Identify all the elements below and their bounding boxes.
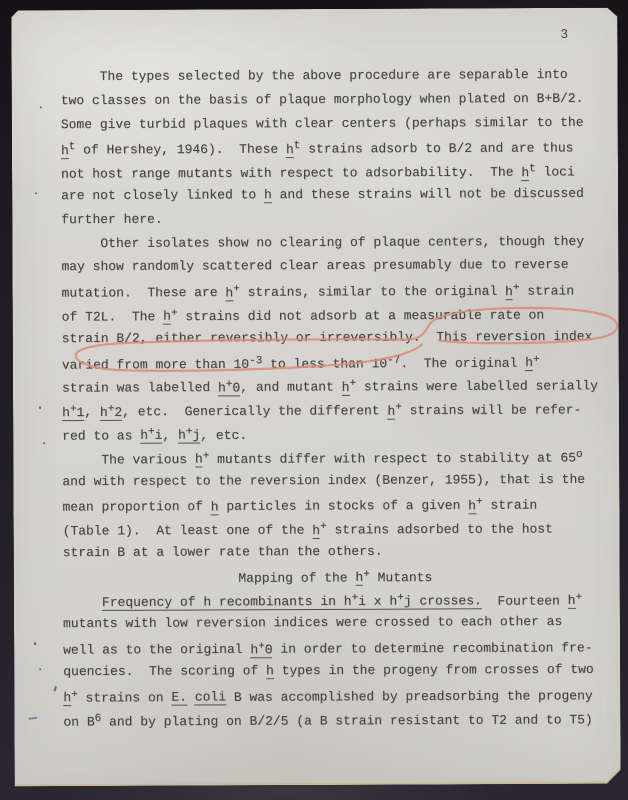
paper-speck <box>39 406 41 409</box>
paper-speck <box>40 106 42 108</box>
typed-line: The types selected by the above procedur… <box>61 63 606 89</box>
typed-line: mutants with low reversion indices were … <box>63 610 608 636</box>
page-number: 3 <box>560 27 568 42</box>
paper-page: 3 The types selected by the above proced… <box>11 8 620 787</box>
typed-line: red to as h+i, h+j, etc. <box>62 420 607 446</box>
typed-line: strain B at a lower rate than the others… <box>63 539 608 565</box>
paper-speck <box>39 668 41 670</box>
paper-speck <box>43 442 45 444</box>
typed-line: not host range mutants with respect to a… <box>61 158 606 184</box>
typed-text-block: The types selected by the above procedur… <box>61 63 609 732</box>
typed-line: h+ strains on E. coli B was accomplished… <box>63 681 608 707</box>
typed-line: Some give turbid plaques with clear cent… <box>61 110 606 136</box>
typed-line: well as to the original h+0 in order to … <box>63 634 608 660</box>
typed-line: further here. <box>61 206 606 232</box>
paper-speck <box>34 642 36 645</box>
paper-speck <box>35 192 37 194</box>
typed-line: may show randomly scattered clear areas … <box>61 253 606 279</box>
typed-line: mean proportion of h particles in stocks… <box>62 491 607 517</box>
typed-line: two classes on the basis of plaque morph… <box>61 87 606 113</box>
typed-line: varied from more than 10-3 to less than … <box>62 348 607 374</box>
typed-line: quencies. The scoring of h types in the … <box>63 658 608 684</box>
typed-line: are not closely linked to h and these st… <box>61 182 606 208</box>
typed-line: strain was labelled h+0, and mutant h+ s… <box>62 372 607 398</box>
blue-pencil-mark <box>28 717 37 720</box>
typed-line: of T2L. The h+ strains did not adsorb at… <box>62 301 607 327</box>
typed-line: The various h+ mutants differ with respe… <box>62 443 607 469</box>
stray-tick-mark <box>54 686 57 691</box>
typed-line: on B6 and by plating on B/2/5 (a B strai… <box>63 705 608 731</box>
typed-line: and with respect to the reversion index … <box>62 467 607 493</box>
typed-line: ht of Hershey, 1946). These ht strains a… <box>61 134 606 160</box>
typed-line: Frequency of h recombinants in h+i x h+j… <box>63 586 608 612</box>
typed-line: h+1, h+2, etc. Generically the different… <box>62 396 607 422</box>
typed-line: mutation. These are h+ strains, similar … <box>61 277 606 303</box>
typed-line: strain B/2, either reversibly or irrever… <box>62 324 607 350</box>
typed-line: Other isolates show no clearing of plaqu… <box>61 229 606 255</box>
typed-line: Mapping of the h+ Mutants <box>63 562 608 588</box>
typed-line: (Table 1). At least one of the h+ strain… <box>63 515 608 541</box>
